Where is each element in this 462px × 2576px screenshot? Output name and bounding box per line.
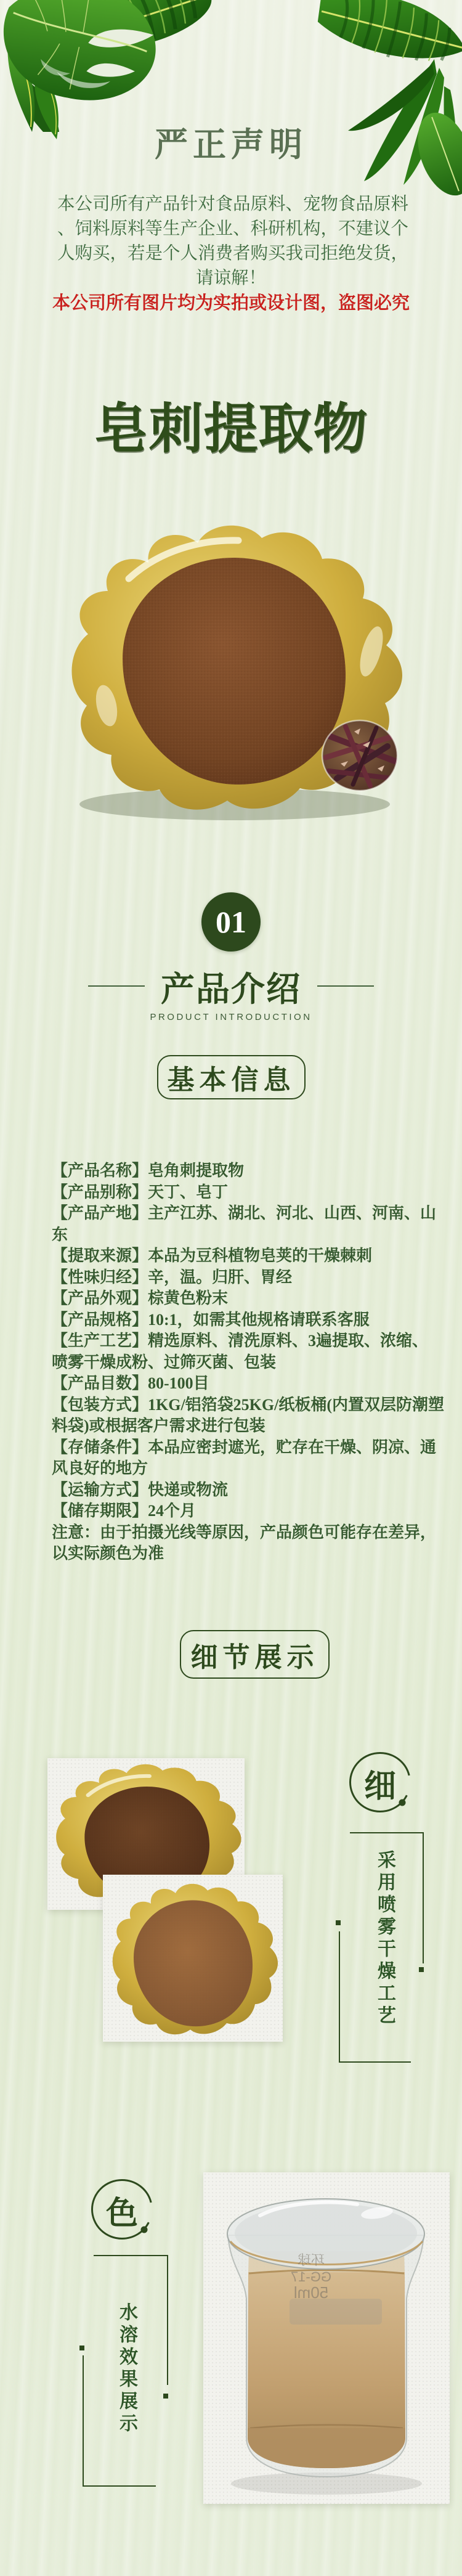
decorative-square [79, 2346, 84, 2350]
decorative-square [419, 1967, 424, 1972]
declaration-line: 、饲料原料等生产企业、科研机构，不建议个 [57, 217, 405, 242]
beaker-marking: 环球 [298, 2252, 325, 2268]
info-line: 【产品产地】主产江苏、湖北、河北、山西、河南、山 [52, 1203, 434, 1225]
info-line: 【产品外观】棕黄色粉末 [52, 1288, 434, 1310]
product-photo-bowl [50, 520, 414, 821]
declaration-text: 本公司所有产品针对食品原料、宠物食品原料、饲料原料等生产企业、科研机构，不建议个… [57, 192, 405, 266]
info-line: 【提取来源】本品为豆科植物皂荚的干燥棘刺 [52, 1245, 434, 1267]
info-line: 【生产工艺】精选原料、清洗原料、3遍提取、浓缩、 [52, 1331, 434, 1352]
declaration-closing: 请谅解！ [57, 266, 405, 291]
leaf-decoration-top-right [305, 0, 462, 197]
decorative-line [423, 1832, 424, 1963]
info-line: 【储存期限】24个月 [52, 1501, 434, 1522]
solubility-circle-badge: 色 [90, 2178, 154, 2242]
section-title-row: 产品介绍 [0, 968, 462, 1005]
decorative-line [339, 2061, 411, 2063]
thorn-inset-photo [322, 720, 397, 791]
section-title-line-left [88, 985, 145, 987]
declaration-title: 严正声明 [0, 118, 462, 166]
info-line: 东 [52, 1225, 434, 1246]
beaker-marking: GG-17 [291, 2269, 331, 2285]
info-line: 以实际颜色为准 [52, 1543, 434, 1565]
decorative-line [94, 2255, 168, 2256]
detail-circle-label: 细 [348, 1751, 412, 1815]
basic-info-heading: 基本信息 [157, 1055, 306, 1099]
section-number-badge: 01 [201, 892, 261, 952]
section-title-line-right [317, 985, 374, 987]
info-line: 【运输方式】快递或物流 [52, 1480, 434, 1501]
basic-info-list: 【产品名称】皂角刺提取物【产品别称】天丁、皂丁【产品产地】主产江苏、湖北、河北、… [52, 1160, 434, 1565]
detail-circle-badge: 细 [348, 1751, 412, 1815]
solubility-beaker-photo: 环球 GG-17 50ml [203, 2172, 450, 2504]
info-line: 【性味归经】辛，温。归肝、胃经 [52, 1267, 434, 1289]
decorative-square [336, 1920, 341, 1925]
info-line: 【存储条件】本品应密封遮光，贮存在干燥、阴凉、通 [52, 1437, 434, 1459]
decorative-line [339, 1931, 340, 2063]
decorative-line [83, 2355, 84, 2487]
info-line: 【产品别称】天丁、皂丁 [52, 1182, 434, 1204]
declaration-warning: 本公司所有图片均为实拍或设计图，盗图必究 [0, 291, 462, 316]
beaker-marking: 50ml [294, 2283, 328, 2302]
info-line: 喷雾干燥成粉、过筛灭菌、包装 [52, 1352, 434, 1374]
info-line: 【产品目数】80-100目 [52, 1373, 434, 1395]
info-line: 料袋)或根据客户需求进行包装 [52, 1416, 434, 1437]
decorative-square [163, 2394, 168, 2399]
section-title: 产品介绍 [161, 962, 301, 1011]
declaration-line: 人购买，若是个人消费者购买我司拒绝发货， [57, 242, 405, 266]
decorative-line [83, 2485, 156, 2487]
declaration-line: 本公司所有产品针对食品原料、宠物食品原料 [57, 192, 405, 217]
info-line: 【包装方式】1KG/铝箔袋25KG/纸板桶(内置双层防潮塑 [52, 1395, 434, 1416]
solubility-circle-label: 色 [90, 2178, 154, 2242]
info-line: 【产品名称】皂角刺提取物 [52, 1160, 434, 1182]
decorative-line [350, 1832, 424, 1833]
info-line: 【产品规格】10:1，如需其他规格请联系客服 [52, 1310, 434, 1331]
section-subtitle: PRODUCT INTRODUCTION [0, 1012, 462, 1022]
product-title: 皂刺提取物 [0, 386, 462, 463]
info-line: 注意：由于拍摄光线等原因，产品颜色可能存在差异， [52, 1522, 434, 1544]
solubility-side-text: 水溶效果展示 [113, 2302, 140, 2435]
detail-photo-2 [103, 1875, 283, 2042]
details-heading: 细节展示 [180, 1630, 330, 1679]
decorative-line [167, 2255, 168, 2385]
page: 严正声明 本公司所有产品针对食品原料、宠物食品原料、饲料原料等生产企业、科研机构… [0, 0, 462, 2576]
info-line: 风良好的地方 [52, 1458, 434, 1480]
detail-side-text: 采用喷雾干燥工艺 [371, 1850, 398, 2028]
